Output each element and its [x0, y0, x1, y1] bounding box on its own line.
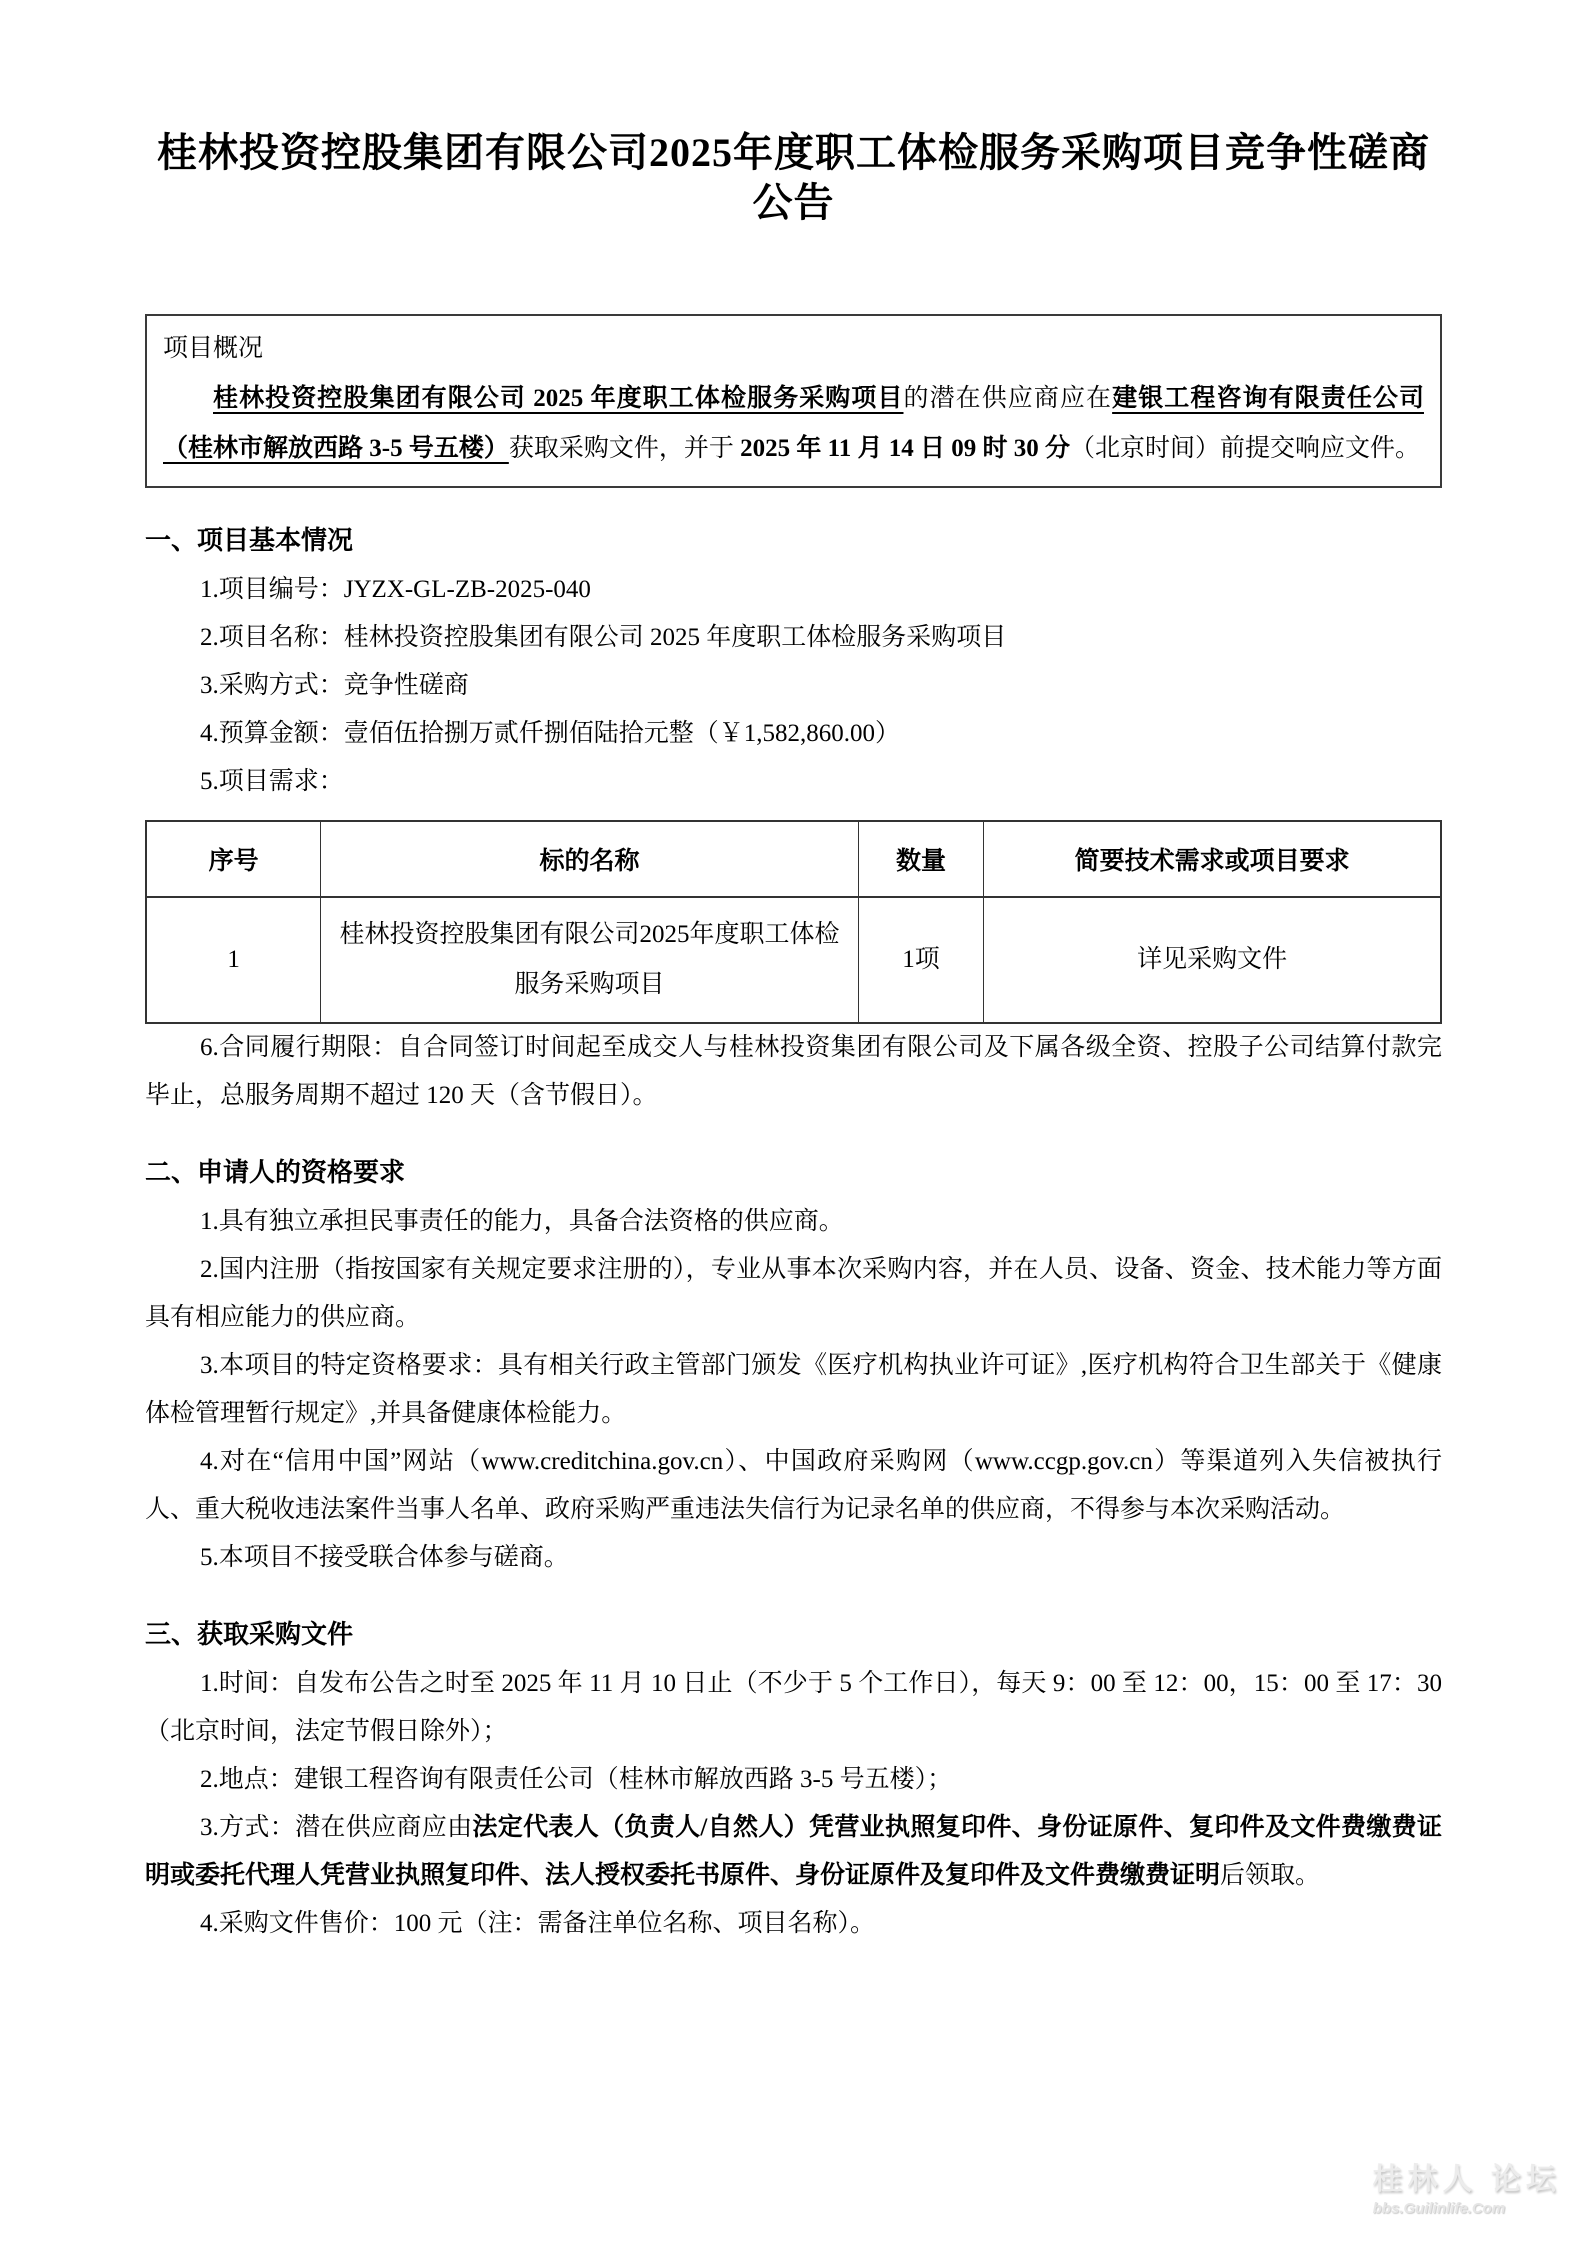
overview-project-name: 桂林投资控股集团有限公司 2025 年度职工体检服务采购项目	[213, 385, 904, 412]
table-header-row: 序号 标的名称 数量 简要技术需求或项目要求	[146, 821, 1441, 897]
section2-item-5: 5.本项目不接受联合体参与磋商。	[145, 1534, 1442, 1582]
watermark-title: 桂林人 论坛	[1373, 2154, 1561, 2198]
overview-text-1: 的潜在供应商应在	[904, 385, 1113, 412]
section1-item-budget: 4.预算金额：壹佰伍拾捌万贰仟捌佰陆拾元整（￥1,582,860.00）	[145, 710, 1442, 758]
page-title: 桂林投资控股集团有限公司2025年度职工体检服务采购项目竞争性磋商公告	[145, 128, 1442, 228]
section2-item-4: 4.对在“信用中国”网站（www.creditchina.gov.cn）、中国政…	[145, 1438, 1442, 1534]
section3-item-location: 2.地点：建银工程咨询有限责任公司（桂林市解放西路 3-5 号五楼）；	[145, 1756, 1442, 1804]
section3-item-time: 1.时间：自发布公告之时至 2025 年 11 月 10 日止（不少于 5 个工…	[145, 1660, 1442, 1756]
project-overview-box: 项目概况 桂林投资控股集团有限公司 2025 年度职工体检服务采购项目的潜在供应…	[145, 314, 1442, 488]
section1-item-project-number: 1.项目编号：JYZX-GL-ZB-2025-040	[145, 566, 1442, 614]
section1-heading: 一、项目基本情况	[145, 516, 1442, 566]
section2-item-1: 1.具有独立承担民事责任的能力，具备合法资格的供应商。	[145, 1198, 1442, 1246]
overview-heading: 项目概况	[163, 324, 1424, 374]
section1-item-contract-period: 6.合同履行期限：自合同签订时间起至成交人与桂林投资集团有限公司及下属各级全资、…	[145, 1024, 1442, 1120]
cell-serial: 1	[146, 897, 321, 1023]
requirements-table: 序号 标的名称 数量 简要技术需求或项目要求 1 桂林投资控股集团有限公司202…	[145, 820, 1442, 1024]
table-header-subject-name: 标的名称	[321, 821, 858, 897]
section2-item-2: 2.国内注册（指按国家有关规定要求注册的），专业从事本次采购内容，并在人员、设备…	[145, 1246, 1442, 1342]
section1-item-project-name: 2.项目名称：桂林投资控股集团有限公司 2025 年度职工体检服务采购项目	[145, 614, 1442, 662]
overview-paragraph: 桂林投资控股集团有限公司 2025 年度职工体检服务采购项目的潜在供应商应在建银…	[163, 374, 1424, 474]
table-header-requirements: 简要技术需求或项目要求	[984, 821, 1441, 897]
site-watermark: 桂林人 论坛 bbs.Guilinlife.Com	[1373, 2154, 1561, 2217]
watermark-subtitle: bbs.Guilinlife.Com	[1373, 2200, 1561, 2217]
table-row: 1 桂林投资控股集团有限公司2025年度职工体检服务采购项目 1项 详见采购文件	[146, 897, 1441, 1023]
section1-item-project-demand: 5.项目需求：	[145, 758, 1442, 806]
section1-item-procurement-method: 3.采购方式：竞争性磋商	[145, 662, 1442, 710]
overview-deadline: 2025 年 11 月 14 日 09 时 30 分	[740, 435, 1070, 462]
section3-item-method: 3.方式：潜在供应商应由法定代表人（负责人/自然人）凭营业执照复印件、身份证原件…	[145, 1804, 1442, 1900]
section3-item-document-price: 4.采购文件售价：100 元（注：需备注单位名称、项目名称）。	[145, 1900, 1442, 1948]
section2-heading: 二、申请人的资格要求	[145, 1148, 1442, 1198]
cell-quantity: 1项	[858, 897, 984, 1023]
section2-item-3: 3.本项目的特定资格要求：具有相关行政主管部门颁发《医疗机构执业许可证》,医疗机…	[145, 1342, 1442, 1438]
table-header-serial: 序号	[146, 821, 321, 897]
method-text-suffix: 后领取。	[1220, 1862, 1320, 1889]
section3-heading: 三、获取采购文件	[145, 1610, 1442, 1660]
cell-subject-name: 桂林投资控股集团有限公司2025年度职工体检服务采购项目	[321, 897, 858, 1023]
overview-text-2: 获取采购文件，并于	[509, 435, 740, 462]
overview-text-3: （北京时间）前提交响应文件。	[1070, 435, 1420, 462]
table-header-quantity: 数量	[858, 821, 984, 897]
document-page: 桂林投资控股集团有限公司2025年度职工体检服务采购项目竞争性磋商公告 项目概况…	[0, 0, 1587, 2245]
cell-requirements: 详见采购文件	[984, 897, 1441, 1023]
method-text-prefix: 3.方式：潜在供应商应由	[200, 1814, 472, 1841]
